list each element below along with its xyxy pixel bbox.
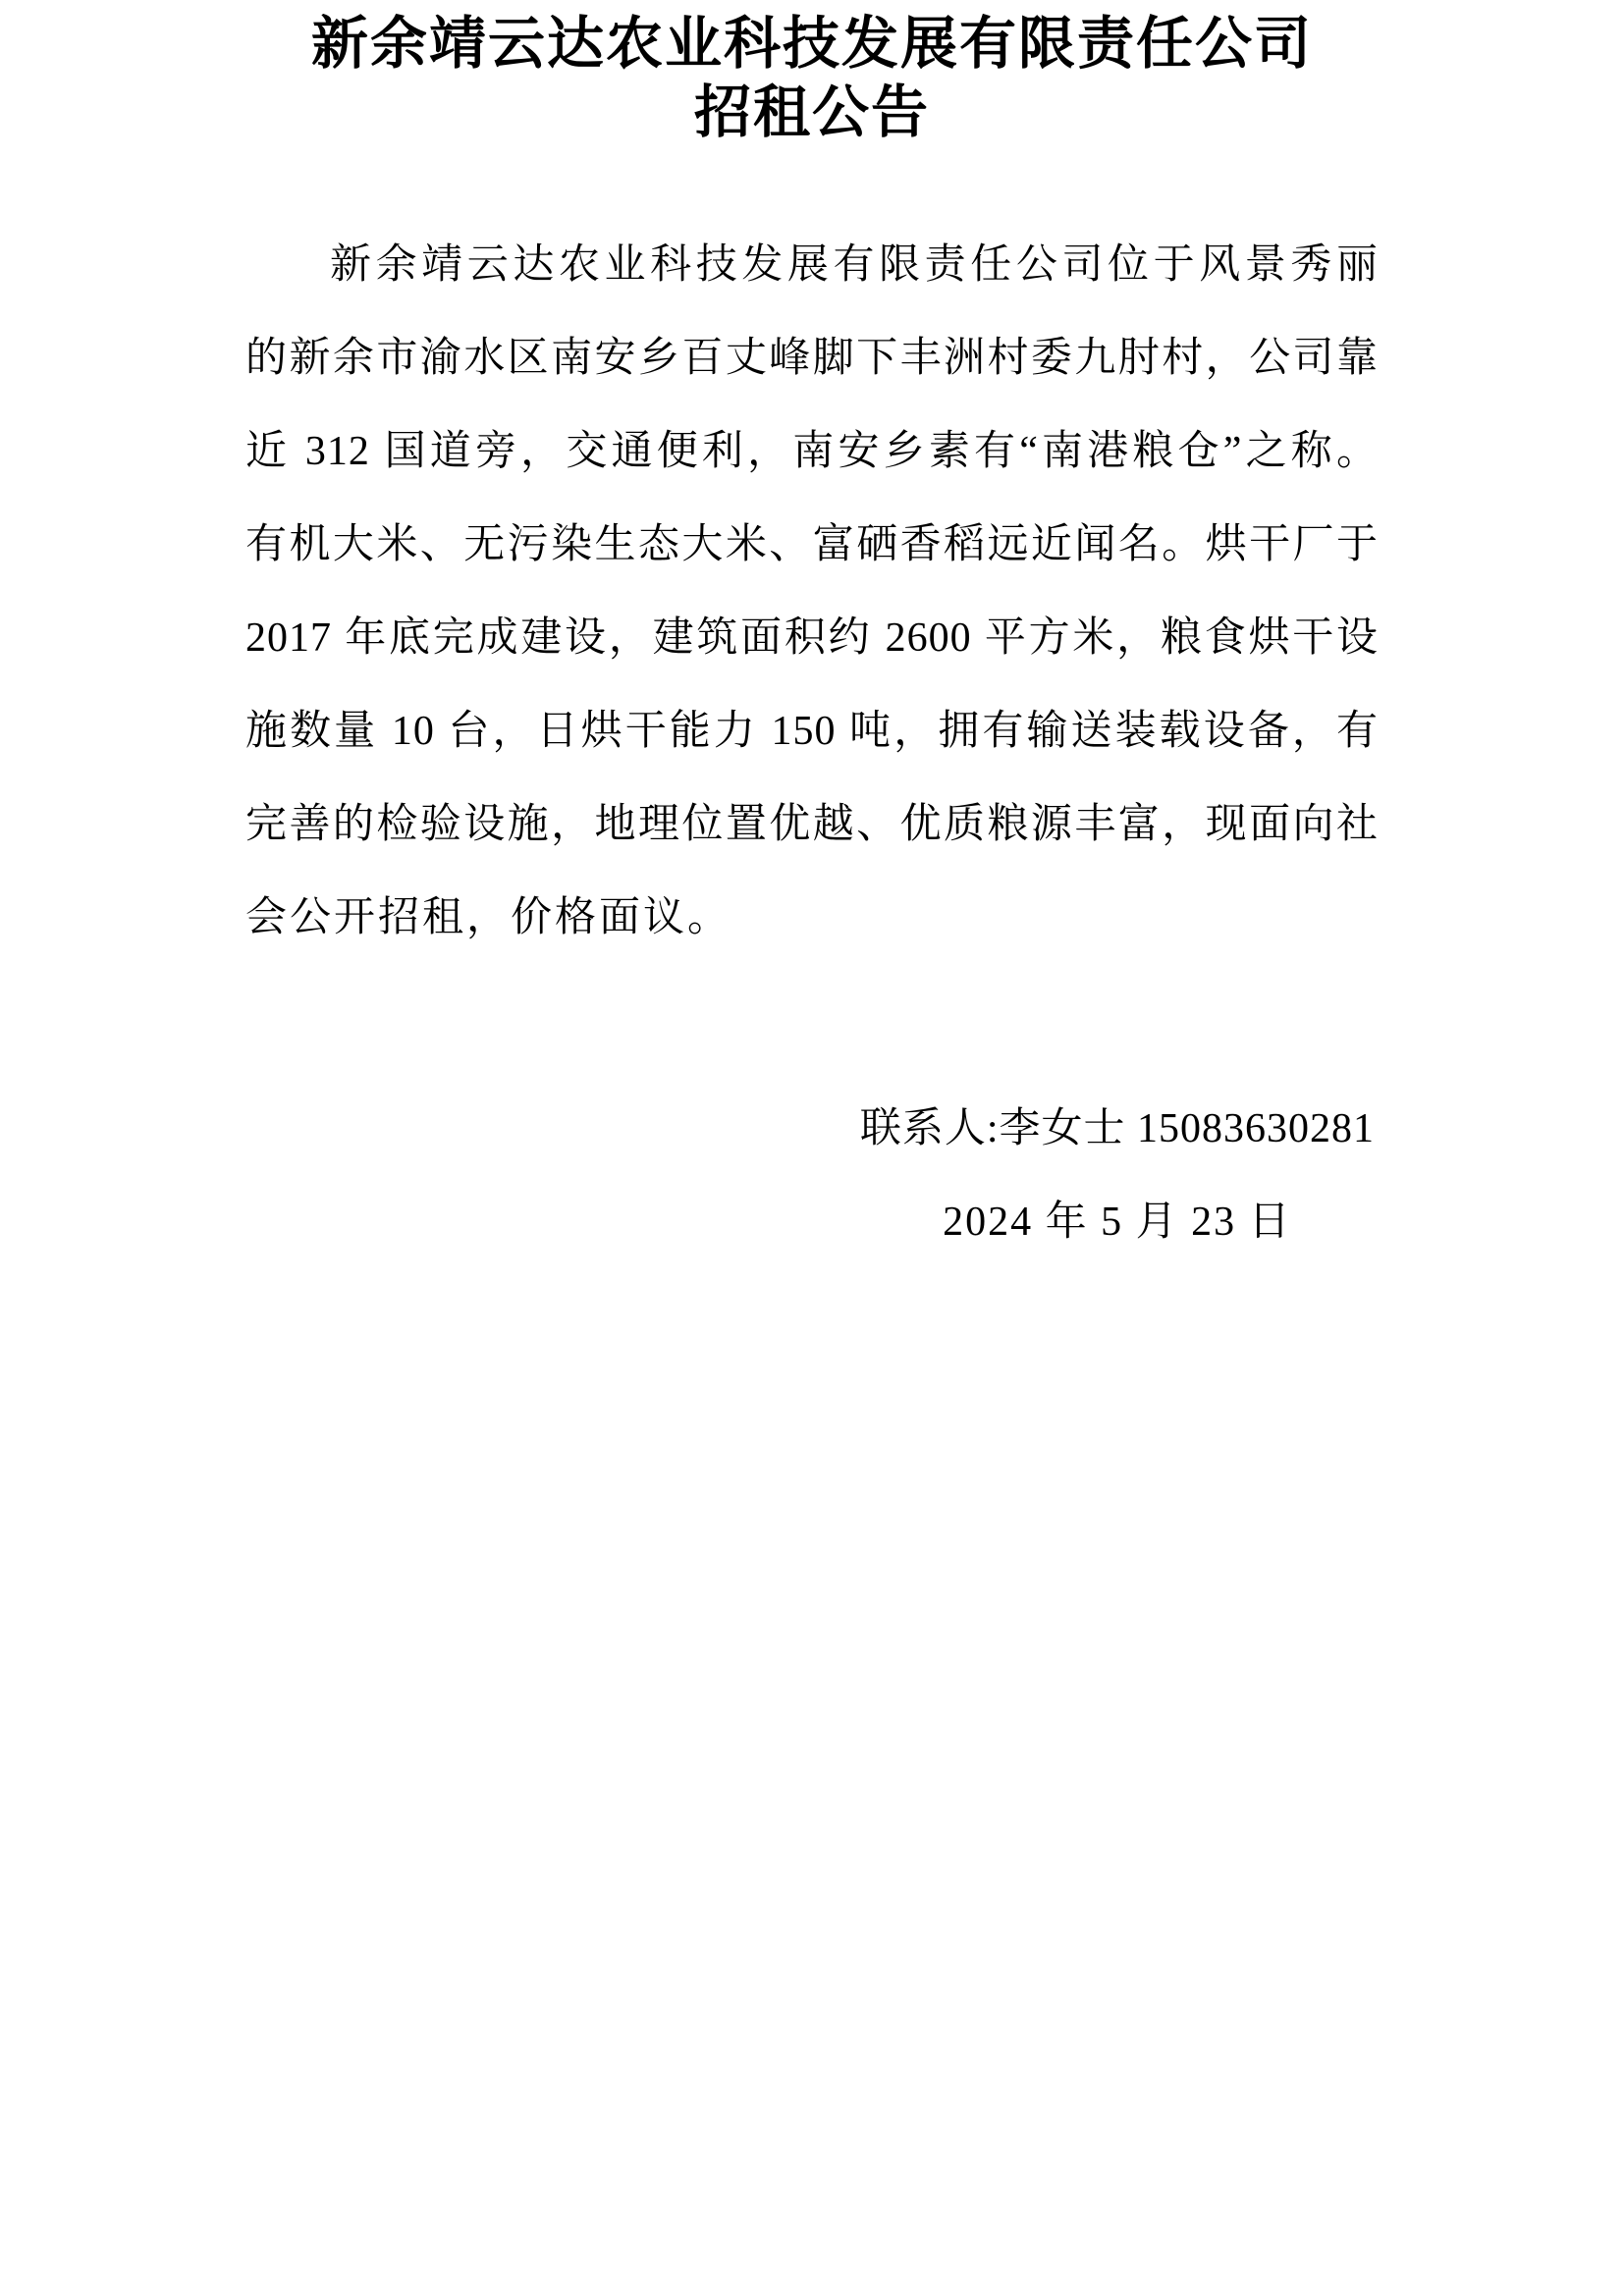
signature-inner: 联系人:李女士 15083630281 2024 年 5 月 23 日 [860,1083,1375,1269]
body-line: 会公开招租，价格面议。 [245,872,1379,965]
document-page: 新余靖云达农业科技发展有限责任公司 招租公告 新余靖云达农业科技发展有限责任公司… [0,0,1624,2296]
body-line: 的新余市渝水区南安乡百丈峰脚下丰洲村委九肘村，公司靠 [245,312,1379,405]
body-line: 新余靖云达农业科技发展有限责任公司位于风景秀丽 [245,219,1379,312]
body-line: 近 312 国道旁，交通便利，南安乡素有“南港粮仓”之称。 [245,405,1379,499]
document-title: 新余靖云达农业科技发展有限责任公司 招租公告 [0,0,1624,147]
contact-person-line: 联系人:李女士 15083630281 [860,1083,1375,1176]
body-line: 完善的检验设施，地理位置优越、优质粮源丰富，现面向社 [245,778,1379,872]
document-title-line2: 招租公告 [0,79,1624,147]
signature-block: 联系人:李女士 15083630281 2024 年 5 月 23 日 [245,1083,1375,1269]
document-date-line: 2024 年 5 月 23 日 [860,1176,1375,1269]
document-title-line1: 新余靖云达农业科技发展有限责任公司 [0,10,1624,79]
body-line: 施数量 10 台，日烘干能力 150 吨，拥有输送装载设备，有 [245,685,1379,778]
body-line: 有机大米、无污染生态大米、富硒香稻远近闻名。烘干厂于 [245,499,1379,592]
body-line: 2017 年底完成建设，建筑面积约 2600 平方米，粮食烘干设 [245,592,1379,685]
document-body: 新余靖云达农业科技发展有限责任公司位于风景秀丽 的新余市渝水区南安乡百丈峰脚下丰… [245,219,1379,965]
